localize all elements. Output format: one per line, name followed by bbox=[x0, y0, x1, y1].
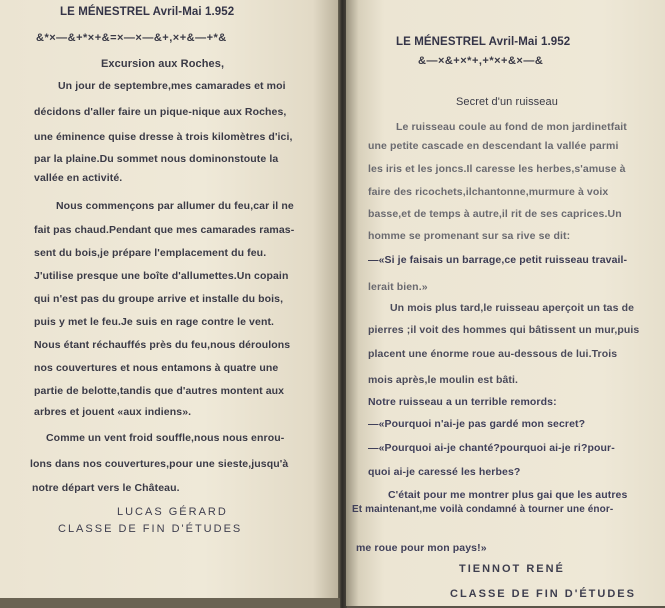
text-line: homme se promenant sur sa rive se dit: bbox=[368, 230, 570, 242]
text-line: —«Pourquoi n'ai-je pas gardé mon secret? bbox=[368, 418, 585, 430]
author-class: CLASSE DE FIN D'ÉTUDES bbox=[58, 523, 242, 535]
author-name: LUCAS GÉRARD bbox=[117, 506, 228, 518]
author-name: TIENNOT RENÉ bbox=[459, 563, 565, 575]
page-header: LE MÉNESTREL Avril-Mai 1.952 bbox=[396, 36, 570, 48]
text-line: me roue pour mon pays!» bbox=[356, 542, 487, 554]
text-line: nos couvertures et nous entamons à quatr… bbox=[34, 362, 278, 374]
text-line: Un mois plus tard,le ruisseau aperçoit u… bbox=[390, 302, 634, 314]
article-title: Excursion aux Roches, bbox=[101, 58, 224, 70]
ornament-divider: &—×&+×*+,+*×+&×—& bbox=[418, 55, 543, 67]
right-page: LE MÉNESTREL Avril-Mai 1.952 &—×&+×*+,+*… bbox=[346, 0, 665, 606]
text-line: pierres ;il voit des hommes qui bâtissen… bbox=[368, 324, 639, 336]
text-line: arbres et jouent «aux indiens». bbox=[34, 406, 191, 418]
text-line: Nous étant réchauffés près du feu,nous d… bbox=[34, 339, 290, 351]
text-line: sent du bois,je prépare l'emplacement du… bbox=[34, 247, 266, 259]
text-line: lons dans nos couvertures,pour une siest… bbox=[30, 458, 288, 470]
text-line: partie de belotte,tandis que d'autres mo… bbox=[34, 385, 284, 397]
text-line: basse,et de temps à autre,il rit de ses … bbox=[368, 208, 622, 220]
text-line: Le ruisseau coule au fond de mon jardine… bbox=[396, 121, 627, 133]
article-title: Secret d'un ruisseau bbox=[456, 96, 558, 108]
text-line: Un jour de septembre,mes camarades et mo… bbox=[58, 80, 286, 92]
text-line: puis y met le feu.Je suis en rage contre… bbox=[34, 316, 274, 328]
text-line: placent une énorme roue au-dessous de lu… bbox=[368, 348, 617, 360]
text-line: vallée en activité. bbox=[34, 172, 122, 184]
text-line: Et maintenant,me voilà condamné à tourne… bbox=[352, 504, 613, 515]
text-line: quoi ai-je caressé les herbes? bbox=[368, 466, 520, 478]
left-page: LE MÉNESTREL Avril-Mai 1.952 &*×—&+*×+&=… bbox=[0, 0, 340, 600]
text-line: Nous commençons par allumer du feu,car i… bbox=[56, 200, 294, 212]
text-line: J'utilise presque une boîte d'allumettes… bbox=[34, 270, 288, 282]
text-line: —«Pourquoi ai-je chanté?pourquoi ai-je r… bbox=[368, 442, 615, 454]
text-line: qui n'est pas du groupe arrive et instal… bbox=[34, 293, 283, 305]
text-line: Notre ruisseau a un terrible remords: bbox=[368, 396, 557, 408]
text-line: C'était pour me montrer plus gai que les… bbox=[388, 489, 627, 501]
text-line: faire des ricochets,ilchantonne,murmure … bbox=[368, 186, 608, 198]
text-line: décidons d'aller faire un pique-nique au… bbox=[34, 106, 286, 118]
text-line: mois après,le moulin est bâti. bbox=[368, 374, 518, 386]
text-line: fait pas chaud.Pendant que mes camarades… bbox=[34, 224, 294, 236]
page-bottom-edge bbox=[0, 598, 340, 608]
text-line: une petite cascade en descendant la vall… bbox=[368, 140, 619, 152]
text-line: une éminence quise dresse à trois kilomè… bbox=[34, 131, 293, 143]
author-class: CLASSE DE FIN D'ÉTUDES bbox=[450, 588, 636, 600]
text-line: notre départ vers le Château. bbox=[32, 482, 180, 494]
text-line: les iris et les joncs.Il caresse les her… bbox=[368, 163, 626, 175]
text-line: Comme un vent froid souffle,nous nous en… bbox=[46, 432, 284, 444]
ornament-divider: &*×—&+*×+&=×—×—&+,×+&—+*& bbox=[36, 32, 227, 44]
page-header: LE MÉNESTREL Avril-Mai 1.952 bbox=[60, 6, 234, 18]
text-line: par la plaine.Du sommet nous dominonstou… bbox=[34, 153, 278, 165]
text-line: lerait bien.» bbox=[368, 281, 428, 293]
text-line: —«Si je faisais un barrage,ce petit ruis… bbox=[368, 254, 627, 266]
